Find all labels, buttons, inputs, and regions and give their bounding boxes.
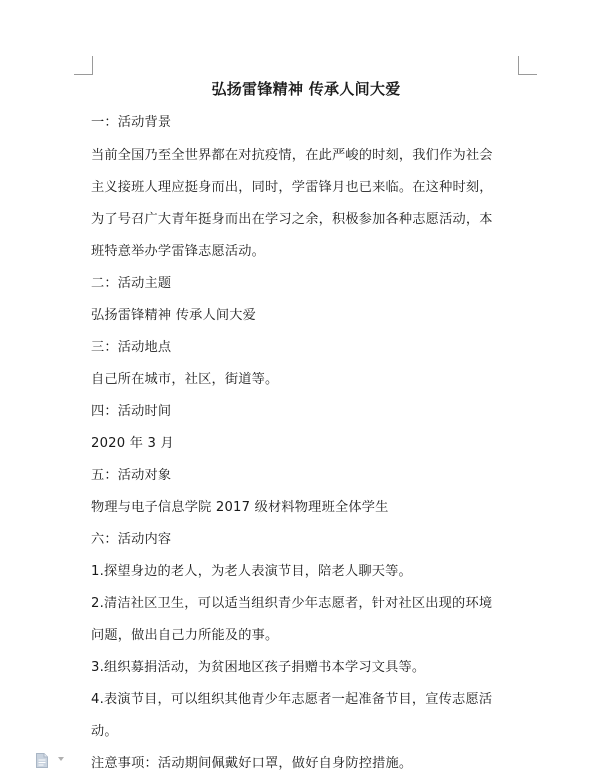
- paragraph-line: 主义接班人理应挺身而出，同时，学雷锋月也已来临。在这种时刻，: [91, 178, 493, 198]
- list-item-continued: 动。: [91, 722, 118, 742]
- paragraph-line: 班特意举办学雷锋志愿活动。: [91, 242, 265, 262]
- document-title: 弘扬雷锋精神 传承人间大爱: [0, 78, 612, 100]
- chevron-down-icon[interactable]: [58, 757, 64, 761]
- section-heading-participants: 五：活动对象: [91, 466, 171, 486]
- list-item: 3.组织募捐活动，为贫困地区孩子捐赠书本学习文具等。: [91, 658, 425, 678]
- list-item: 4.表演节目，可以组织其他青少年志愿者一起准备节目，宣传志愿活: [91, 690, 492, 710]
- margin-corner-top-left: [74, 56, 93, 75]
- section-heading-time: 四：活动时间: [91, 402, 171, 422]
- paragraph-line: 2020 年 3 月: [91, 434, 174, 454]
- section-heading-theme: 二：活动主题: [91, 274, 171, 294]
- margin-corner-top-right: [518, 56, 537, 75]
- section-heading-content: 六：活动内容: [91, 530, 171, 550]
- paragraph-line: 物理与电子信息学院 2017 级材料物理班全体学生: [91, 498, 389, 518]
- paragraph-line: 当前全国乃至全世界都在对抗疫情，在此严峻的时刻，我们作为社会: [91, 146, 493, 166]
- section-heading-background: 一：活动背景: [91, 113, 171, 133]
- list-item: 2.清洁社区卫生，可以适当组织青少年志愿者，针对社区出现的环境: [91, 594, 492, 614]
- paragraph-line: 弘扬雷锋精神 传承人间大爱: [91, 306, 256, 326]
- section-heading-location: 三：活动地点: [91, 338, 171, 358]
- paragraph-line: 为了号召广大青年挺身而出在学习之余，积极参加各种志愿活动，本: [91, 210, 493, 230]
- paragraph-line: 自己所在城市，社区，街道等。: [91, 370, 278, 390]
- notice-line: 注意事项：活动期间佩戴好口罩，做好自身防控措施。: [91, 754, 412, 774]
- document-icon[interactable]: [36, 753, 48, 768]
- list-item-continued: 问题，做出自己力所能及的事。: [91, 626, 278, 646]
- list-item: 1.探望身边的老人，为老人表演节目，陪老人聊天等。: [91, 562, 412, 582]
